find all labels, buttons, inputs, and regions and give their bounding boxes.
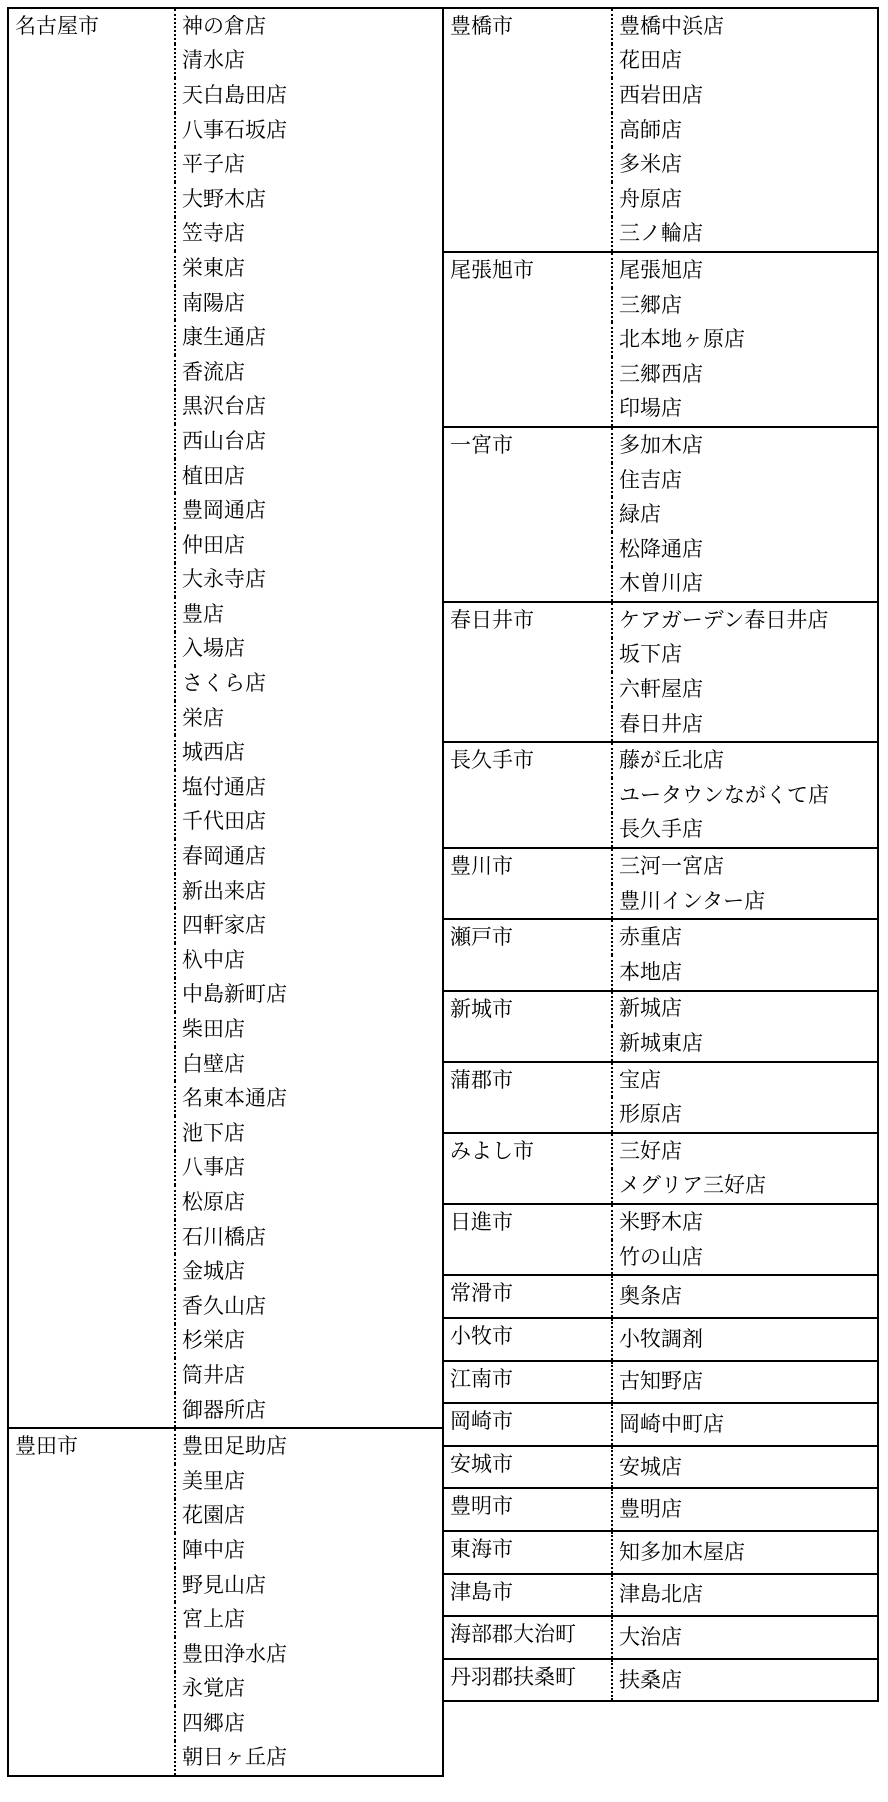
store-cell: 赤重店 (612, 919, 878, 955)
store-cell: 岡崎中町店 (612, 1403, 878, 1446)
store-cell: 石川橋店 (175, 1220, 443, 1255)
city-section: 小牧市小牧調剤 (443, 1318, 878, 1361)
store-cell: 長久手店 (612, 813, 878, 849)
store-cell: 花田店 (612, 44, 878, 79)
store-cell: 朝日ヶ丘店 (175, 1741, 443, 1777)
store-cell: 四軒家店 (175, 908, 443, 943)
store-cell: 多加木店 (612, 427, 878, 463)
store-cell: 中島新町店 (175, 978, 443, 1013)
city-section: 岡崎市岡崎中町店 (443, 1403, 878, 1446)
store-cell: 津島北店 (612, 1574, 878, 1617)
city-section: 豊明市豊明店 (443, 1488, 878, 1531)
city-section: 新城市新城店新城東店 (443, 991, 878, 1062)
store-cell: 多米店 (612, 147, 878, 182)
store-cell: 黒沢台店 (175, 390, 443, 425)
store-cell: 奥条店 (612, 1275, 878, 1318)
table-row: 一宮市多加木店 (443, 427, 878, 463)
store-cell: 大治店 (612, 1616, 878, 1659)
store-cell: 南陽店 (175, 286, 443, 321)
store-cell: 永覚店 (175, 1672, 443, 1707)
store-cell: 美里店 (175, 1464, 443, 1499)
city-cell: 小牧市 (443, 1318, 612, 1361)
city-section: 海部郡大治町大治店 (443, 1616, 878, 1659)
table-row: 小牧市小牧調剤 (443, 1318, 878, 1361)
store-table-right: 豊橋市豊橋中浜店花田店西岩田店高師店多米店舟原店三ノ輪店尾張旭市尾張旭店三郷店北… (442, 7, 879, 1702)
store-cell: 城西店 (175, 735, 443, 770)
table-row: 豊田市豊田足助店 (8, 1428, 443, 1464)
table-row: 瀬戸市赤重店 (443, 919, 878, 955)
table-row: 豊明市豊明店 (443, 1488, 878, 1531)
store-cell: 神の倉店 (175, 8, 443, 44)
store-cell: 豊川インター店 (612, 884, 878, 920)
store-cell: 入場店 (175, 632, 443, 667)
store-cell: 形原店 (612, 1097, 878, 1133)
store-cell: 栄東店 (175, 251, 443, 286)
store-cell: 舟原店 (612, 182, 878, 217)
table-row: 津島市津島北店 (443, 1574, 878, 1617)
table-row: みよし市三好店 (443, 1133, 878, 1169)
store-cell: 天白島田店 (175, 78, 443, 113)
store-cell: 尾張旭店 (612, 252, 878, 288)
table-row: 尾張旭市尾張旭店 (443, 252, 878, 288)
city-cell: 豊田市 (8, 1428, 175, 1776)
city-cell: 春日井市 (443, 602, 612, 742)
store-cell: 八事店 (175, 1151, 443, 1186)
city-section: 瀬戸市赤重店本地店 (443, 919, 878, 990)
city-section: 丹羽郡扶桑町扶桑店 (443, 1659, 878, 1702)
store-cell: 宝店 (612, 1062, 878, 1098)
store-cell: 小牧調剤 (612, 1318, 878, 1361)
store-cell: 大野木店 (175, 182, 443, 217)
store-cell: 栄店 (175, 701, 443, 736)
city-section: 名古屋市神の倉店清水店天白島田店八事石坂店平子店大野木店笠寺店栄東店南陽店康生通… (8, 8, 443, 1428)
store-cell: 三郷西店 (612, 357, 878, 392)
city-section: 日進市米野木店竹の山店 (443, 1204, 878, 1275)
store-cell: 陣中店 (175, 1533, 443, 1568)
city-cell: 東海市 (443, 1531, 612, 1574)
table-row: 安城市安城店 (443, 1446, 878, 1489)
city-cell: 豊明市 (443, 1488, 612, 1531)
table-row: 新城市新城店 (443, 991, 878, 1027)
store-cell: メグリア三好店 (612, 1169, 878, 1205)
store-cell: 高師店 (612, 113, 878, 148)
store-cell: 植田店 (175, 459, 443, 494)
table-row: 海部郡大治町大治店 (443, 1616, 878, 1659)
store-cell: 坂下店 (612, 638, 878, 673)
city-cell: 津島市 (443, 1574, 612, 1617)
city-cell: 瀬戸市 (443, 919, 612, 990)
city-section: 江南市古知野店 (443, 1361, 878, 1404)
city-section: 津島市津島北店 (443, 1574, 878, 1617)
store-cell: 豊明店 (612, 1488, 878, 1531)
city-section: 尾張旭市尾張旭店三郷店北本地ヶ原店三郷西店印場店 (443, 252, 878, 427)
city-cell: 江南市 (443, 1361, 612, 1404)
city-section: 一宮市多加木店住吉店緑店松降通店木曽川店 (443, 427, 878, 602)
city-cell: 豊橋市 (443, 8, 612, 252)
table-row: 日進市米野木店 (443, 1204, 878, 1240)
store-cell: 豊岡通店 (175, 493, 443, 528)
store-cell: 西山台店 (175, 424, 443, 459)
city-cell: みよし市 (443, 1133, 612, 1204)
store-cell: 知多加木屋店 (612, 1531, 878, 1574)
table-row: 豊川市三河一宮店 (443, 848, 878, 884)
store-cell: 清水店 (175, 44, 443, 79)
store-cell: 安城店 (612, 1446, 878, 1489)
store-cell: ケアガーデン春日井店 (612, 602, 878, 638)
city-cell: 海部郡大治町 (443, 1616, 612, 1659)
city-section: みよし市三好店メグリア三好店 (443, 1133, 878, 1204)
store-cell: 杉栄店 (175, 1324, 443, 1359)
store-cell: 三好店 (612, 1133, 878, 1169)
store-cell: 大永寺店 (175, 563, 443, 598)
store-cell: 住吉店 (612, 463, 878, 498)
city-cell: 一宮市 (443, 427, 612, 602)
store-cell: 春日井店 (612, 707, 878, 743)
store-cell: 宮上店 (175, 1602, 443, 1637)
city-section: 豊川市三河一宮店豊川インター店 (443, 848, 878, 919)
table-row: 東海市知多加木屋店 (443, 1531, 878, 1574)
store-cell: 笠寺店 (175, 217, 443, 252)
store-cell: 池下店 (175, 1116, 443, 1151)
store-cell: 金城店 (175, 1254, 443, 1289)
store-list-tables: 名古屋市神の倉店清水店天白島田店八事石坂店平子店大野木店笠寺店栄東店南陽店康生通… (7, 7, 879, 1777)
city-cell: 長久手市 (443, 742, 612, 848)
city-cell: 日進市 (443, 1204, 612, 1275)
table-row: 丹羽郡扶桑町扶桑店 (443, 1659, 878, 1702)
store-cell: 豊橋中浜店 (612, 8, 878, 44)
city-cell: 安城市 (443, 1446, 612, 1489)
store-cell: 扶桑店 (612, 1659, 878, 1702)
store-cell: 柴田店 (175, 1012, 443, 1047)
store-cell: 米野木店 (612, 1204, 878, 1240)
store-cell: 御器所店 (175, 1393, 443, 1429)
table-row: 豊橋市豊橋中浜店 (443, 8, 878, 44)
city-cell: 蒲郡市 (443, 1062, 612, 1133)
store-cell: 竹の山店 (612, 1240, 878, 1276)
store-cell: 豊田浄水店 (175, 1637, 443, 1672)
table-row: 名古屋市神の倉店 (8, 8, 443, 44)
city-cell: 岡崎市 (443, 1403, 612, 1446)
store-cell: 筒井店 (175, 1358, 443, 1393)
city-section: 豊橋市豊橋中浜店花田店西岩田店高師店多米店舟原店三ノ輪店 (443, 8, 878, 252)
city-section: 常滑市奥条店 (443, 1275, 878, 1318)
store-cell: 北本地ヶ原店 (612, 322, 878, 357)
city-cell: 常滑市 (443, 1275, 612, 1318)
store-cell: 香流店 (175, 355, 443, 390)
store-cell: 千代田店 (175, 805, 443, 840)
city-cell: 新城市 (443, 991, 612, 1062)
table-row: 江南市古知野店 (443, 1361, 878, 1404)
table-row: 長久手市藤が丘北店 (443, 742, 878, 778)
city-section: 安城市安城店 (443, 1446, 878, 1489)
store-cell: 本地店 (612, 955, 878, 991)
store-cell: 名東本通店 (175, 1081, 443, 1116)
store-cell: 三郷店 (612, 288, 878, 323)
store-cell: さくら店 (175, 666, 443, 701)
store-cell: 塩付通店 (175, 770, 443, 805)
city-cell: 名古屋市 (8, 8, 175, 1428)
store-cell: 杁中店 (175, 943, 443, 978)
city-cell: 尾張旭市 (443, 252, 612, 427)
store-cell: 花園店 (175, 1499, 443, 1534)
store-table-left: 名古屋市神の倉店清水店天白島田店八事石坂店平子店大野木店笠寺店栄東店南陽店康生通… (7, 7, 444, 1777)
store-cell: 豊店 (175, 597, 443, 632)
store-cell: ユータウンながくて店 (612, 778, 878, 813)
store-cell: 香久山店 (175, 1289, 443, 1324)
store-cell: 白壁店 (175, 1047, 443, 1082)
table-row: 春日井市ケアガーデン春日井店 (443, 602, 878, 638)
store-cell: 四郷店 (175, 1706, 443, 1741)
table-row: 常滑市奥条店 (443, 1275, 878, 1318)
store-cell: 新城東店 (612, 1026, 878, 1062)
city-cell: 丹羽郡扶桑町 (443, 1659, 612, 1702)
store-cell: 緑店 (612, 497, 878, 532)
store-cell: 新城店 (612, 991, 878, 1027)
store-cell: 三ノ輪店 (612, 217, 878, 253)
table-row: 蒲郡市宝店 (443, 1062, 878, 1098)
table-row: 岡崎市岡崎中町店 (443, 1403, 878, 1446)
city-section: 春日井市ケアガーデン春日井店坂下店六軒屋店春日井店 (443, 602, 878, 742)
store-cell: 西岩田店 (612, 78, 878, 113)
store-cell: 春岡通店 (175, 839, 443, 874)
store-cell: 平子店 (175, 147, 443, 182)
store-cell: 松降通店 (612, 532, 878, 567)
store-cell: 豊田足助店 (175, 1428, 443, 1464)
store-cell: 印場店 (612, 392, 878, 428)
city-section: 長久手市藤が丘北店ユータウンながくて店長久手店 (443, 742, 878, 848)
store-cell: 三河一宮店 (612, 848, 878, 884)
store-cell: 古知野店 (612, 1361, 878, 1404)
city-section: 東海市知多加木屋店 (443, 1531, 878, 1574)
store-cell: 仲田店 (175, 528, 443, 563)
store-cell: 康生通店 (175, 320, 443, 355)
store-cell: 八事石坂店 (175, 113, 443, 148)
city-section: 蒲郡市宝店形原店 (443, 1062, 878, 1133)
store-cell: 木曽川店 (612, 567, 878, 603)
store-cell: 新出来店 (175, 874, 443, 909)
city-section: 豊田市豊田足助店美里店花園店陣中店野見山店宮上店豊田浄水店永覚店四郷店朝日ヶ丘店 (8, 1428, 443, 1776)
store-cell: 野見山店 (175, 1568, 443, 1603)
store-cell: 藤が丘北店 (612, 742, 878, 778)
store-cell: 松原店 (175, 1185, 443, 1220)
city-cell: 豊川市 (443, 848, 612, 919)
store-cell: 六軒屋店 (612, 672, 878, 707)
